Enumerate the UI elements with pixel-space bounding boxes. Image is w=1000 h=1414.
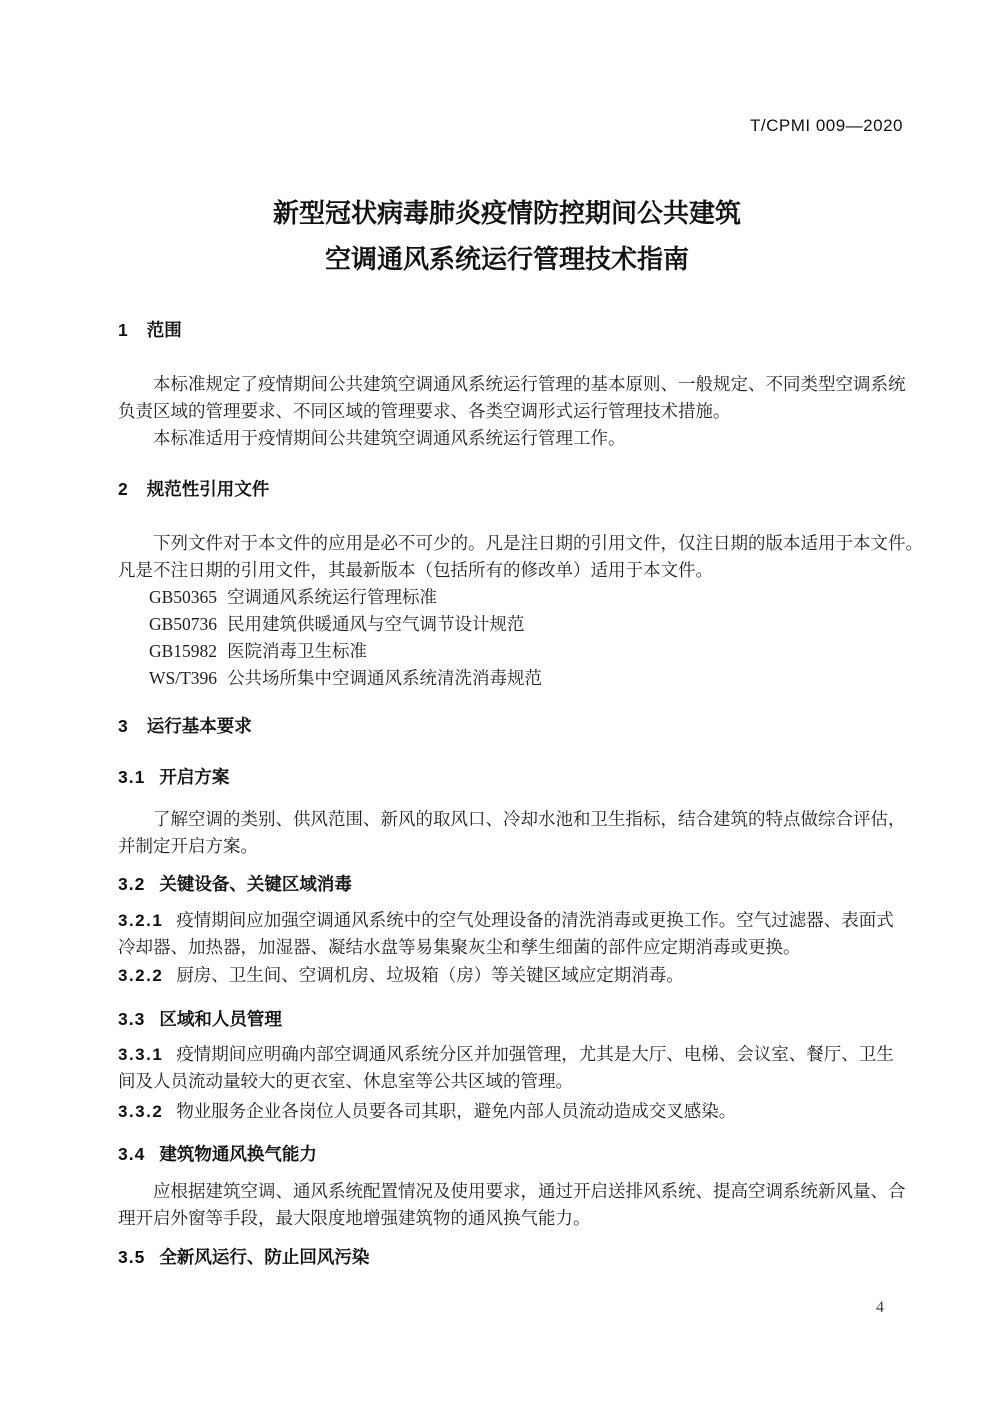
clause-line: 3.3.1疫情期间应明确内部空调通风系统分区并加强管理，尤其是大厅、电梯、会议室… [118, 1041, 905, 1068]
paragraph-line: 负责区域的管理要求、不同区域的管理要求、各类空调形式运行管理技术措施。 [118, 398, 905, 425]
reference-item: GB15982医院消毒卫生标准 [149, 638, 905, 665]
section-3-heading: 3运行基本要求 [118, 714, 905, 738]
document-page: T/CPMI 009—2020 新型冠状病毒肺炎疫情防控期间公共建筑 空调通风系… [0, 0, 1000, 1414]
section-3-5-title: 全新风运行、防止回风污染 [159, 1247, 369, 1267]
section-3-3-number: 3.3 [118, 1007, 145, 1031]
clause-number: 3.2.1 [118, 911, 163, 930]
clause-number: 3.2.2 [118, 966, 163, 985]
section-3-2-title: 关键设备、关键区域消毒 [159, 874, 352, 894]
document-title-line-2: 空调通风系统运行管理技术指南 [109, 236, 905, 282]
paragraph-line: 下列文件对于本文件的应用是必不可少的。凡是注日期的引用文件，仅注日期的版本适用于… [118, 530, 905, 557]
clause-3-3-2: 3.3.2物业服务企业各岗位人员要各司其职，避免内部人员流动造成交叉感染。 [118, 1098, 905, 1125]
paragraph-line: 理开启外窗等手段，最大限度地增强建筑物的通风换气能力。 [118, 1205, 905, 1232]
paragraph-line: 凡是不注日期的引用文件，其最新版本（包括所有的修改单）适用于本文件。 [118, 557, 905, 584]
section-3-title: 运行基本要求 [147, 716, 252, 736]
normative-references-list: GB50365空调通风系统运行管理标准 GB50736民用建筑供暖通风与空气调节… [118, 584, 905, 692]
section-3-5-heading: 3.5全新风运行、防止回风污染 [118, 1245, 905, 1269]
reference-name: 空调通风系统运行管理标准 [227, 587, 437, 607]
section-3-3-heading: 3.3区域和人员管理 [118, 1007, 905, 1031]
clause-line: 3.3.2物业服务企业各岗位人员要各司其职，避免内部人员流动造成交叉感染。 [118, 1098, 905, 1125]
section-3-1-number: 3.1 [118, 765, 145, 789]
section-3-4-number: 3.4 [118, 1142, 145, 1166]
section-1-title: 范围 [147, 320, 182, 340]
clause-number: 3.3.2 [118, 1102, 163, 1121]
page-number: 4 [876, 1299, 884, 1317]
section-3-5-number: 3.5 [118, 1245, 145, 1269]
section-2-title: 规范性引用文件 [147, 479, 270, 499]
clause-line: 间及人员流动量较大的更衣室、休息室等公共区域的管理。 [118, 1068, 905, 1095]
section-1-paragraph-2: 本标准适用于疫情期间公共建筑空调通风系统运行管理工作。 [118, 425, 905, 452]
section-3-4-paragraph: 应根据建筑空调、通风系统配置情况及使用要求，通过开启送排风系统、提高空调系统新风… [118, 1178, 905, 1232]
paragraph-line: 本标准规定了疫情期间公共建筑空调通风系统运行管理的基本原则、一般规定、不同类型空… [118, 371, 905, 398]
paragraph-line: 应根据建筑空调、通风系统配置情况及使用要求，通过开启送排风系统、提高空调系统新风… [118, 1178, 905, 1205]
reference-code: GB15982 [149, 641, 217, 661]
clause-text: 物业服务企业各岗位人员要各司其职，避免内部人员流动造成交叉感染。 [176, 1101, 736, 1121]
section-3-1-heading: 3.1开启方案 [118, 765, 905, 789]
paragraph-line: 本标准适用于疫情期间公共建筑空调通风系统运行管理工作。 [118, 425, 905, 452]
document-title-line-1: 新型冠状病毒肺炎疫情防控期间公共建筑 [109, 190, 905, 236]
section-3-3-title: 区域和人员管理 [159, 1009, 282, 1029]
clause-line: 冷却器、加热器，加湿器、凝结水盘等易集聚灰尘和孳生细菌的部件应定期消毒或更换。 [118, 934, 905, 961]
section-2-number: 2 [118, 477, 128, 501]
section-3-4-heading: 3.4建筑物通风换气能力 [118, 1142, 905, 1166]
section-3-2-number: 3.2 [118, 872, 145, 896]
section-1-number: 1 [118, 318, 128, 342]
clause-text: 疫情期间应明确内部空调通风系统分区并加强管理，尤其是大厅、电梯、会议室、餐厅、卫… [176, 1044, 894, 1064]
reference-name: 公共场所集中空调通风系统清洗消毒规范 [227, 668, 542, 688]
reference-item: GB50365空调通风系统运行管理标准 [149, 584, 905, 611]
section-2-heading: 2规范性引用文件 [118, 477, 905, 501]
reference-item: GB50736民用建筑供暖通风与空气调节设计规范 [149, 611, 905, 638]
clause-line: 3.2.1疫情期间应加强空调通风系统中的空气处理设备的清洗消毒或更换工作。空气过… [118, 907, 905, 934]
paragraph-line: 了解空调的类别、供风范围、新风的取风口、冷却水池和卫生指标，结合建筑的特点做综合… [118, 806, 905, 833]
document-title: 新型冠状病毒肺炎疫情防控期间公共建筑 空调通风系统运行管理技术指南 [109, 190, 905, 282]
reference-code: GB50736 [149, 614, 217, 634]
section-3-1-title: 开启方案 [159, 767, 229, 787]
page-content: 新型冠状病毒肺炎疫情防控期间公共建筑 空调通风系统运行管理技术指南 1范围 本标… [118, 0, 905, 1269]
reference-code: WS/T396 [149, 668, 217, 688]
clause-text: 厨房、卫生间、空调机房、垃圾箱（房）等关键区域应定期消毒。 [176, 965, 684, 985]
reference-code: GB50365 [149, 587, 217, 607]
reference-item: WS/T396公共场所集中空调通风系统清洗消毒规范 [149, 665, 905, 692]
clause-3-2-1: 3.2.1疫情期间应加强空调通风系统中的空气处理设备的清洗消毒或更换工作。空气过… [118, 907, 905, 961]
clause-number: 3.3.1 [118, 1045, 163, 1064]
section-1-heading: 1范围 [118, 318, 905, 342]
section-3-number: 3 [118, 714, 128, 738]
section-3-4-title: 建筑物通风换气能力 [159, 1144, 317, 1164]
section-2-paragraph-1: 下列文件对于本文件的应用是必不可少的。凡是注日期的引用文件，仅注日期的版本适用于… [118, 530, 905, 584]
clause-3-3-1: 3.3.1疫情期间应明确内部空调通风系统分区并加强管理，尤其是大厅、电梯、会议室… [118, 1041, 905, 1095]
reference-name: 民用建筑供暖通风与空气调节设计规范 [227, 614, 525, 634]
paragraph-line: 并制定开启方案。 [118, 833, 905, 860]
clause-3-2-2: 3.2.2厨房、卫生间、空调机房、垃圾箱（房）等关键区域应定期消毒。 [118, 962, 905, 989]
reference-name: 医院消毒卫生标准 [227, 641, 367, 661]
section-3-2-heading: 3.2关键设备、关键区域消毒 [118, 872, 905, 896]
clause-line: 3.2.2厨房、卫生间、空调机房、垃圾箱（房）等关键区域应定期消毒。 [118, 962, 905, 989]
clause-text: 疫情期间应加强空调通风系统中的空气处理设备的清洗消毒或更换工作。空气过滤器、表面… [176, 910, 894, 930]
section-3-1-paragraph: 了解空调的类别、供风范围、新风的取风口、冷却水池和卫生指标，结合建筑的特点做综合… [118, 806, 905, 860]
section-1-paragraph-1: 本标准规定了疫情期间公共建筑空调通风系统运行管理的基本原则、一般规定、不同类型空… [118, 371, 905, 425]
